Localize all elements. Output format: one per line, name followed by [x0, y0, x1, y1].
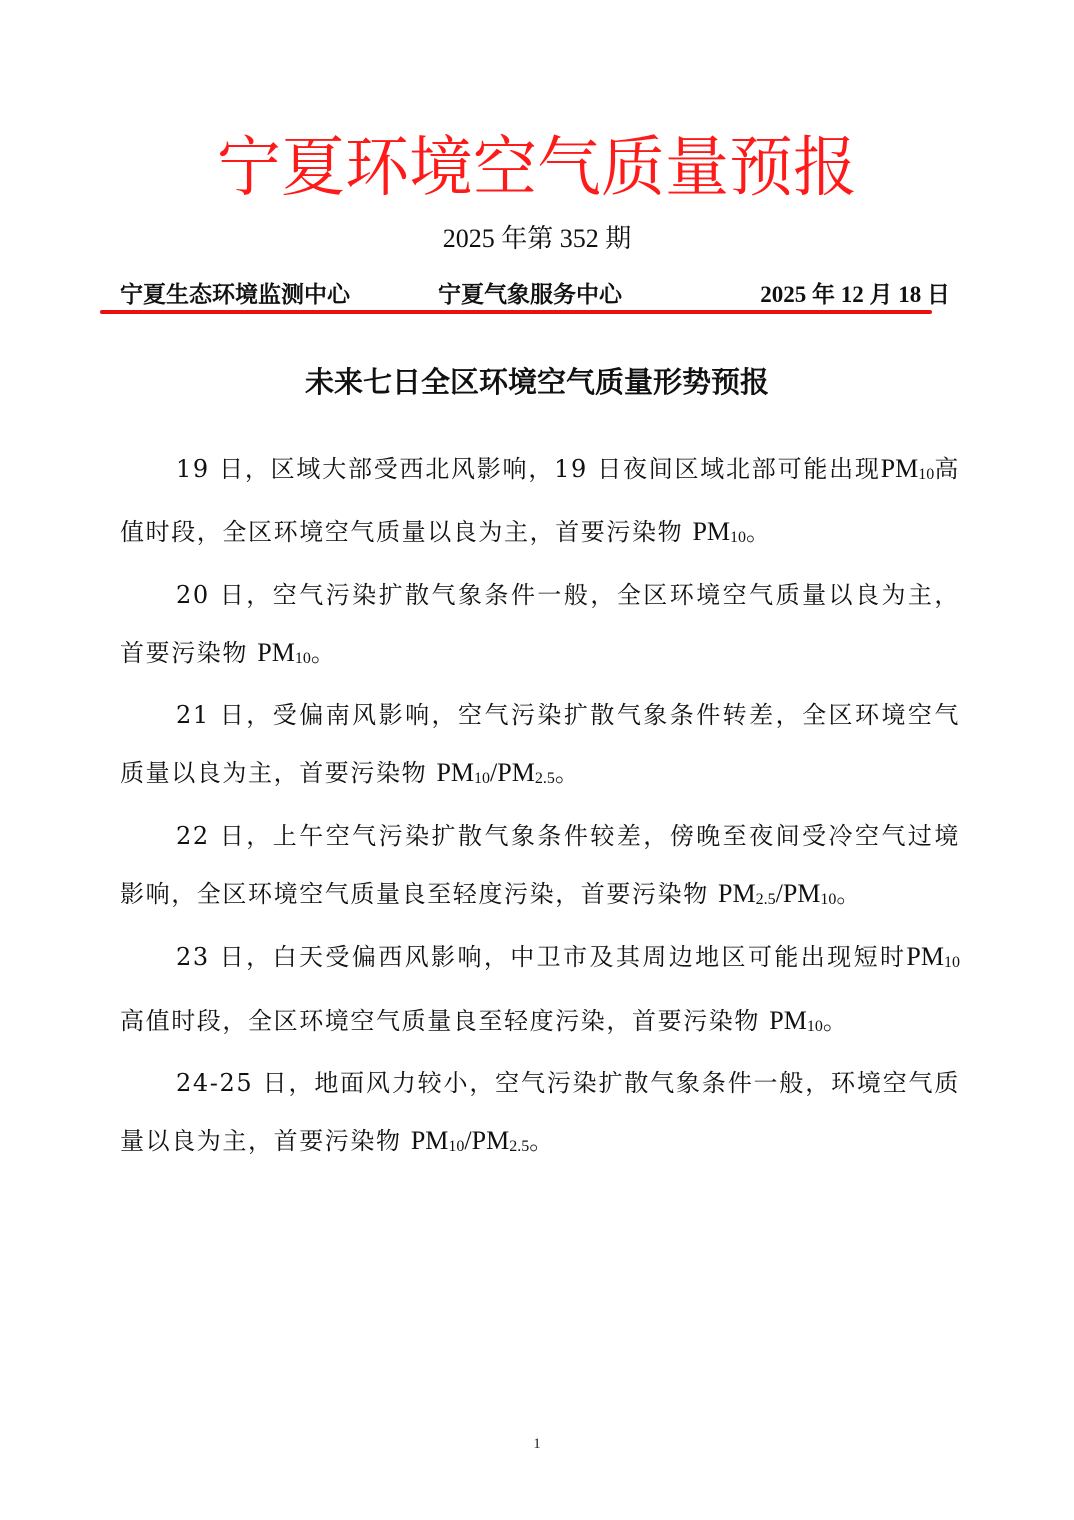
pollutant-subscript: 10 [295, 650, 311, 667]
pollutant-label: PM [411, 1126, 449, 1155]
forecast-paragraph-22: 22 日，上午空气污染扩散气象条件较差，傍晚至夜间受冷空气过境影响，全区环境空气… [120, 808, 960, 929]
paragraph-text: 。 [746, 518, 772, 546]
pollutant-subscript: 2.5 [509, 1138, 529, 1155]
forecast-body: 19 日，区域大部受西北风影响，19 日夜间区域北部可能出现PM10高值时段，全… [120, 440, 960, 1176]
forecast-paragraph-24-25: 24-25 日，地面风力较小，空气污染扩散气象条件一般，环境空气质量以良为主，首… [120, 1055, 960, 1176]
forecast-paragraph-21: 21 日，受偏南风影响，空气污染扩散气象条件转差，全区环境空气质量以良为主，首要… [120, 687, 960, 808]
paragraph-text: 。 [836, 880, 862, 908]
pollutant-subscript: 10 [448, 1138, 464, 1155]
pollutant-label: /PM [776, 879, 821, 908]
paragraph-text: 20 日，空气污染扩散气象条件一般，全区环境空气质量以良为主，首要污染物 [120, 581, 960, 667]
pollutant-label: PM [769, 1006, 807, 1035]
paragraph-text: 。 [555, 759, 581, 787]
red-divider-rule [100, 310, 932, 314]
issue-number: 2025 年第 352 期 [0, 222, 1074, 256]
pollutant-label: PM [718, 879, 756, 908]
pollutant-subscript: 2.5 [756, 891, 776, 908]
forecast-paragraph-19: 19 日，区域大部受西北风影响，19 日夜间区域北部可能出现PM10高值时段，全… [120, 440, 960, 567]
section-title: 未来七日全区环境空气质量形势预报 [0, 360, 1074, 404]
pollutant-subscript: 10 [944, 954, 960, 971]
pollutant-subscript: 10 [820, 891, 836, 908]
pollutant-label: PM [257, 638, 295, 667]
issuer-monitoring-center: 宁夏生态环境监测中心 [120, 279, 350, 311]
pollutant-label: PM [881, 454, 919, 483]
issuer-meteorological-center: 宁夏气象服务中心 [438, 279, 622, 311]
forecast-paragraph-20: 20 日，空气污染扩散气象条件一般，全区环境空气质量以良为主，首要污染物 PM1… [120, 567, 960, 688]
pollutant-label: PM [906, 942, 944, 971]
pollutant-label: /PM [464, 1126, 509, 1155]
pollutant-subscript: 10 [474, 770, 490, 787]
issue-date: 2025 年 12 月 18 日 [760, 279, 950, 311]
pollutant-subscript: 10 [807, 1018, 823, 1035]
pollutant-subscript: 10 [918, 466, 934, 483]
page-number: 1 [0, 1436, 1074, 1453]
document-page: 宁夏环境空气质量预报 2025 年第 352 期 宁夏生态环境监测中心 宁夏气象… [0, 0, 1074, 1520]
masthead-title: 宁夏环境空气质量预报 [0, 127, 1074, 209]
paragraph-text: 高值时段，全区环境空气质量良至轻度污染，首要污染物 [120, 1007, 769, 1035]
paragraph-text: 。 [311, 639, 337, 667]
paragraph-text: 19 日，区域大部受西北风影响，19 日夜间区域北部可能出现 [176, 455, 881, 483]
issuer-row: 宁夏生态环境监测中心 宁夏气象服务中心 2025 年 12 月 18 日 [120, 279, 950, 311]
forecast-paragraph-23: 23 日，白天受偏西风影响，中卫市及其周边地区可能出现短时PM10高值时段，全区… [120, 928, 960, 1055]
paragraph-text: 。 [823, 1007, 849, 1035]
pollutant-label: PM [692, 517, 730, 546]
paragraph-text: 23 日，白天受偏西风影响，中卫市及其周边地区可能出现短时 [176, 943, 906, 971]
pollutant-label: /PM [490, 758, 535, 787]
pollutant-label: PM [436, 758, 474, 787]
pollutant-subscript: 2.5 [535, 770, 555, 787]
paragraph-text: 。 [529, 1127, 555, 1155]
pollutant-subscript: 10 [730, 529, 746, 546]
